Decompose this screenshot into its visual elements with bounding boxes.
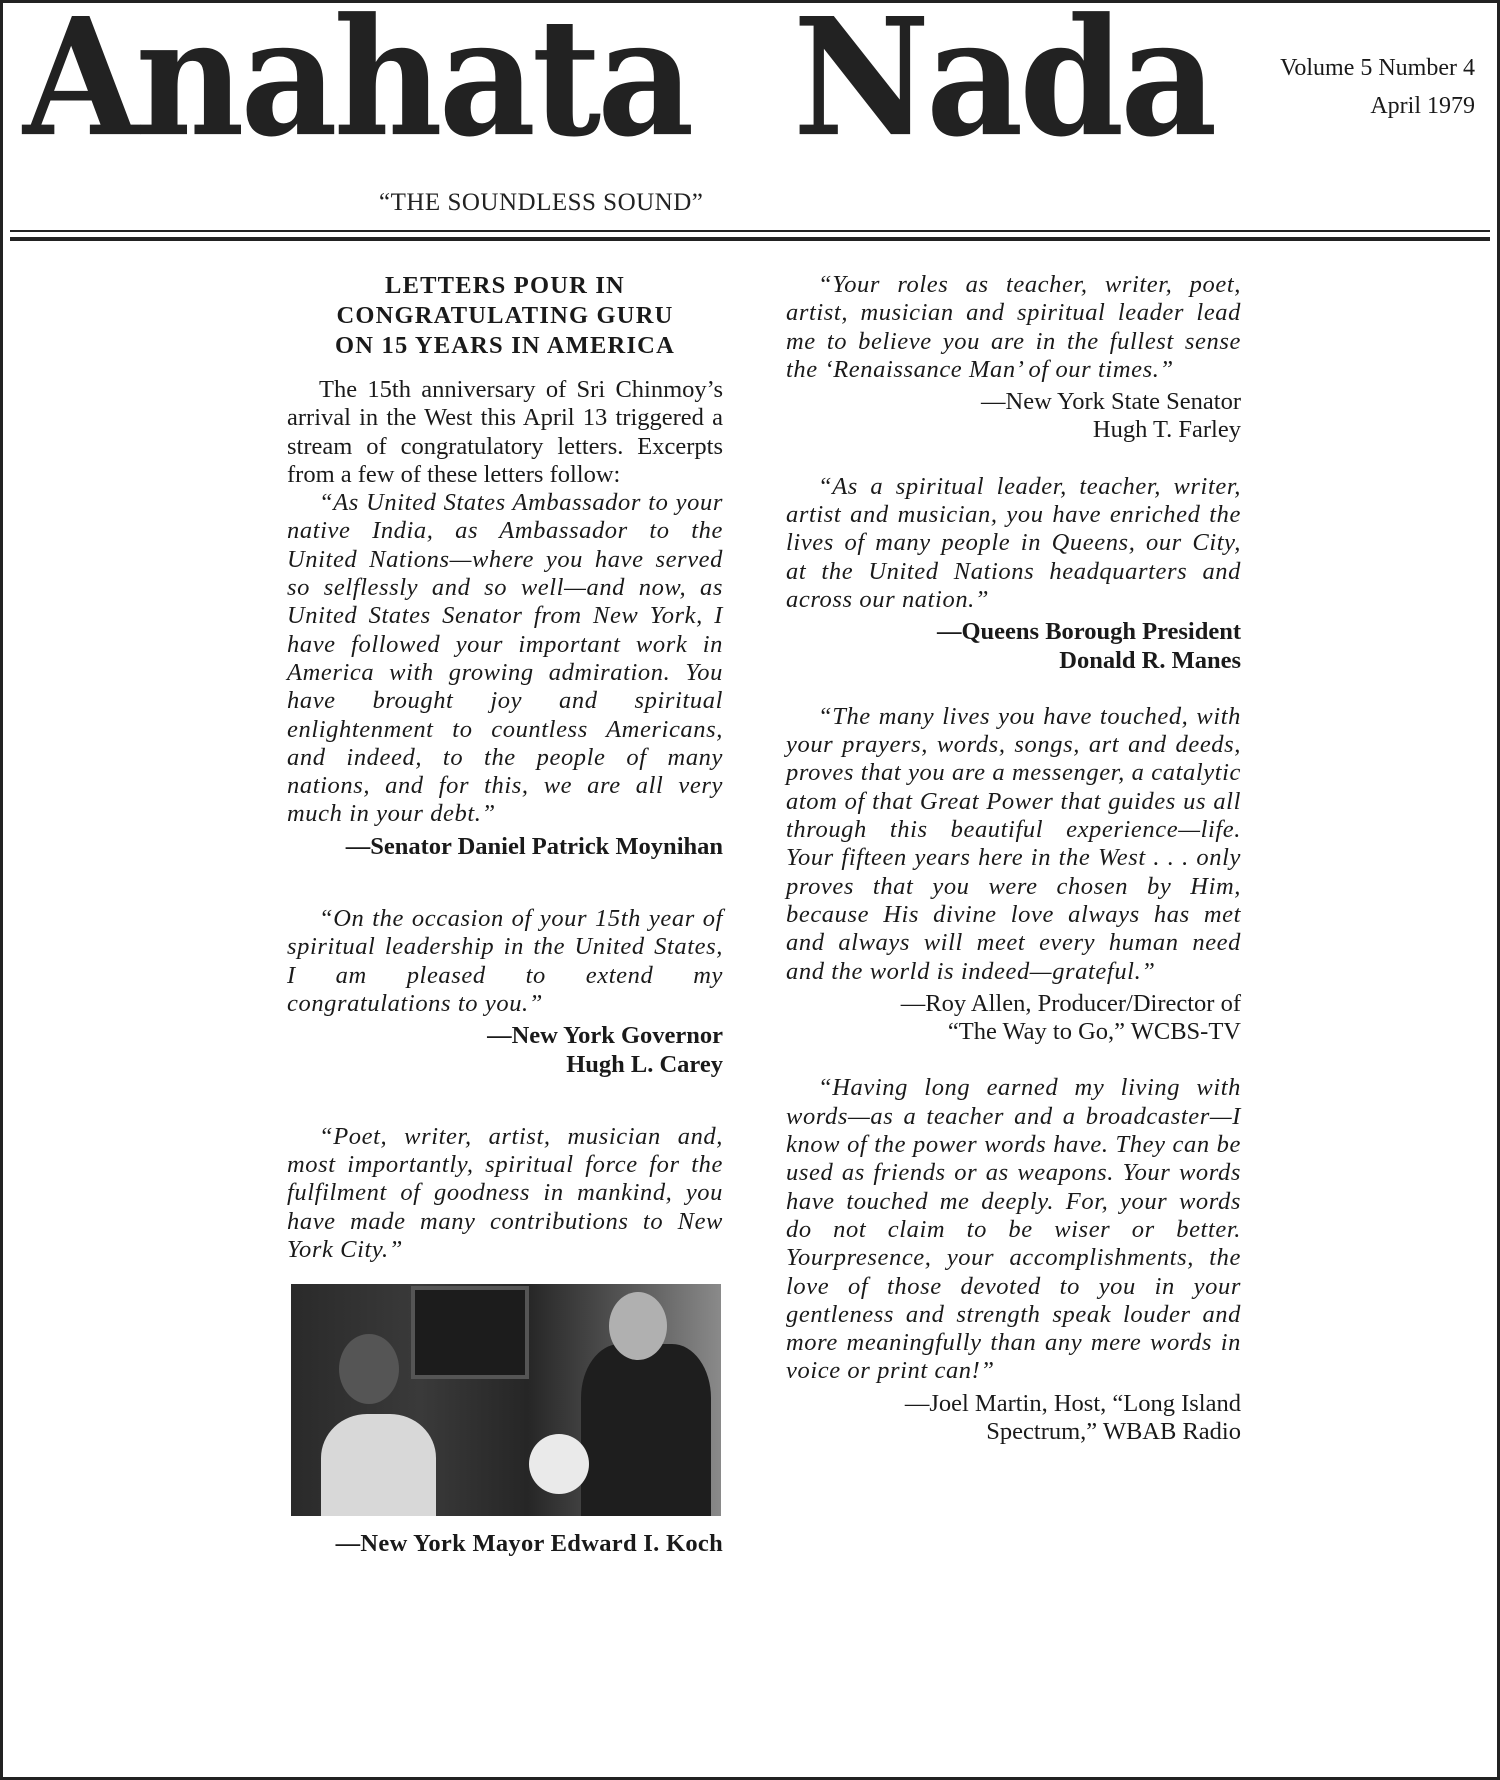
letter-attribution-koch: —New York Mayor Edward I. Koch	[287, 1530, 723, 1558]
attribution-line: —Queens Borough President	[786, 618, 1241, 646]
letter-quote-martin: “Having long earned my living with words…	[786, 1074, 1241, 1385]
masthead-rule-thick	[10, 237, 1490, 241]
masthead-tagline: “THE SOUNDLESS SOUND”	[379, 189, 703, 217]
letter-attribution-manes: —Queens Borough President Donald R. Mane…	[786, 618, 1241, 675]
letter-quote-manes: “As a spiritual leader, teacher, writer,…	[786, 473, 1241, 614]
attribution-line: Hugh L. Carey	[287, 1051, 723, 1079]
photo-picture-frame	[411, 1286, 529, 1379]
attribution-line: Spectrum,” WBAB Radio	[786, 1418, 1241, 1446]
article-headline: LETTERS POUR IN CONGRATULATING GURU ON 1…	[287, 271, 723, 361]
letter-attribution-martin: —Joel Martin, Host, “Long Island Spectru…	[786, 1390, 1241, 1447]
attribution-line: —Joel Martin, Host, “Long Island	[786, 1390, 1241, 1418]
newsletter-page: Anahata Nada “THE SOUNDLESS SOUND” Volum…	[0, 0, 1500, 1780]
letter-quote-koch: “Poet, writer, artist, musician and, mos…	[287, 1123, 723, 1264]
letter-attribution-farley: —New York State Senator Hugh T. Farley	[786, 388, 1241, 445]
attribution-line: “The Way to Go,” WCBS-TV	[786, 1018, 1241, 1046]
issue-date: April 1979	[1280, 87, 1475, 125]
article-intro: The 15th anniversary of Sri Chinmoy’s ar…	[287, 376, 723, 489]
attribution-line: Hugh T. Farley	[786, 416, 1241, 444]
letter-quote-carey: “On the occasion of your 15th year of sp…	[287, 905, 723, 1018]
letter-quote-allen: “The many lives you have touched, with y…	[786, 703, 1241, 986]
letter-attribution-allen: —Roy Allen, Producer/Director of “The Wa…	[786, 990, 1241, 1047]
headline-line: CONGRATULATING GURU	[287, 301, 723, 331]
photo-head-left	[339, 1334, 399, 1404]
attribution-line: Donald R. Manes	[786, 647, 1241, 675]
masthead: Anahata Nada “THE SOUNDLESS SOUND” Volum…	[3, 3, 1497, 228]
letter-attribution-moynihan: —Senator Daniel Patrick Moynihan	[287, 833, 723, 861]
masthead-rule-thin	[10, 230, 1490, 232]
masthead-title-anahata: Anahata	[23, 0, 690, 159]
issue-info: Volume 5 Number 4 April 1979	[1280, 49, 1475, 125]
attribution-line: —New York Governor	[287, 1022, 723, 1050]
masthead-title-nada: Nada	[793, 0, 1213, 159]
letter-quote-moynihan: “As United States Ambassador to your nat…	[287, 489, 723, 829]
photo-figure-right	[581, 1344, 711, 1516]
column-right: “Your roles as teacher, writer, poet, ar…	[786, 271, 1241, 1446]
headline-line: LETTERS POUR IN	[287, 271, 723, 301]
letter-quote-farley: “Your roles as teacher, writer, poet, ar…	[786, 271, 1241, 384]
attribution-line: —New York State Senator	[786, 388, 1241, 416]
column-left: LETTERS POUR IN CONGRATULATING GURU ON 1…	[287, 271, 723, 1559]
photo-figure-left	[321, 1414, 436, 1516]
headline-line: ON 15 YEARS IN AMERICA	[287, 331, 723, 361]
photo-chinmoy-koch	[291, 1284, 721, 1516]
attribution-line: —Roy Allen, Producer/Director of	[786, 990, 1241, 1018]
letter-attribution-carey: —New York Governor Hugh L. Carey	[287, 1022, 723, 1079]
photo-flowers	[529, 1434, 589, 1494]
issue-volume: Volume 5 Number 4	[1280, 49, 1475, 87]
photo-head-right	[609, 1292, 667, 1360]
